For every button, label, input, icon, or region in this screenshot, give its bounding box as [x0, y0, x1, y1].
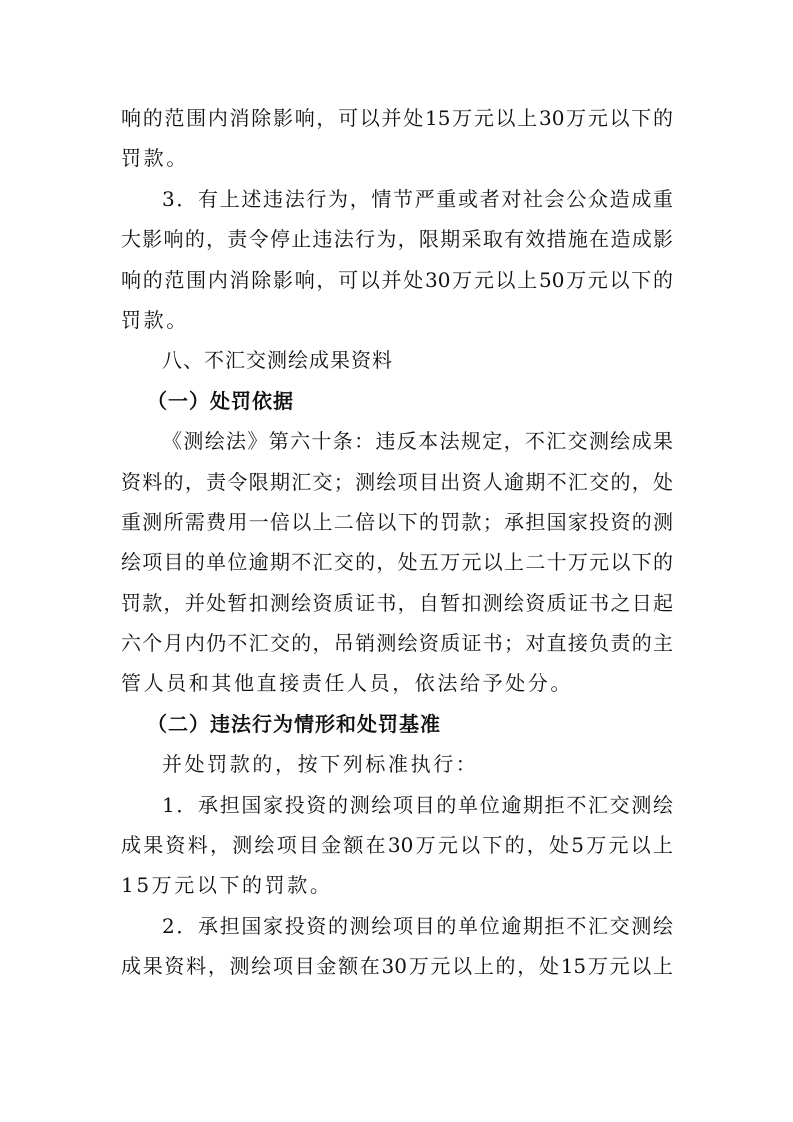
text-line: 绘项目的单位逾期不汇交的，处五万元以上二十万元以下的: [121, 542, 673, 582]
text-line: 罚款，并处暂扣测绘资质证书，自暂扣测绘资质证书之日起: [121, 583, 673, 623]
text-line: 资料的，责令限期汇交；测绘项目出资人逾期不汇交的，处: [121, 462, 673, 502]
paragraph-start: 并处罚款的，按下列标准执行：: [121, 744, 673, 784]
subsection-heading: （一）处罚依据: [121, 381, 673, 421]
text-line: 管人员和其他直接责任人员，依法给予处分。: [121, 663, 673, 703]
document-page: 响的范围内消除影响，可以并处15万元以上30万元以下的 罚款。 3．有上述违法行…: [0, 0, 793, 1122]
document-body: 响的范围内消除影响，可以并处15万元以上30万元以下的 罚款。 3．有上述违法行…: [121, 98, 673, 987]
text-line: 响的范围内消除影响，可以并处15万元以上30万元以下的: [121, 98, 673, 138]
list-item-1: 1．承担国家投资的测绘项目的单位逾期拒不汇交测绘: [121, 785, 673, 825]
text-line: 大影响的，责令停止违法行为，限期采取有效措施在造成影: [121, 219, 673, 259]
text-line: 成果资料，测绘项目金额在30万元以下的，处5万元以上: [121, 825, 673, 865]
paragraph-start: 《测绘法》第六十条：违反本法规定，不汇交测绘成果: [121, 421, 673, 461]
text-line: 成果资料，测绘项目金额在30万元以上的，处15万元以上: [121, 946, 673, 986]
text-line: 重测所需费用一倍以上二倍以下的罚款；承担国家投资的测: [121, 502, 673, 542]
text-line: 罚款。: [121, 300, 673, 340]
text-line: 响的范围内消除影响，可以并处30万元以上50万元以下的: [121, 260, 673, 300]
list-item-2: 2．承担国家投资的测绘项目的单位逾期拒不汇交测绘: [121, 906, 673, 946]
text-line: 六个月内仍不汇交的，吊销测绘资质证书；对直接负责的主: [121, 623, 673, 663]
section-heading: 八、不汇交测绘成果资料: [121, 340, 673, 380]
list-item-3: 3．有上述违法行为，情节严重或者对社会公众造成重: [121, 179, 673, 219]
text-line: 15万元以下的罚款。: [121, 865, 673, 905]
subsection-heading: （二）违法行为情形和处罚基准: [121, 704, 673, 744]
text-line: 罚款。: [121, 138, 673, 178]
